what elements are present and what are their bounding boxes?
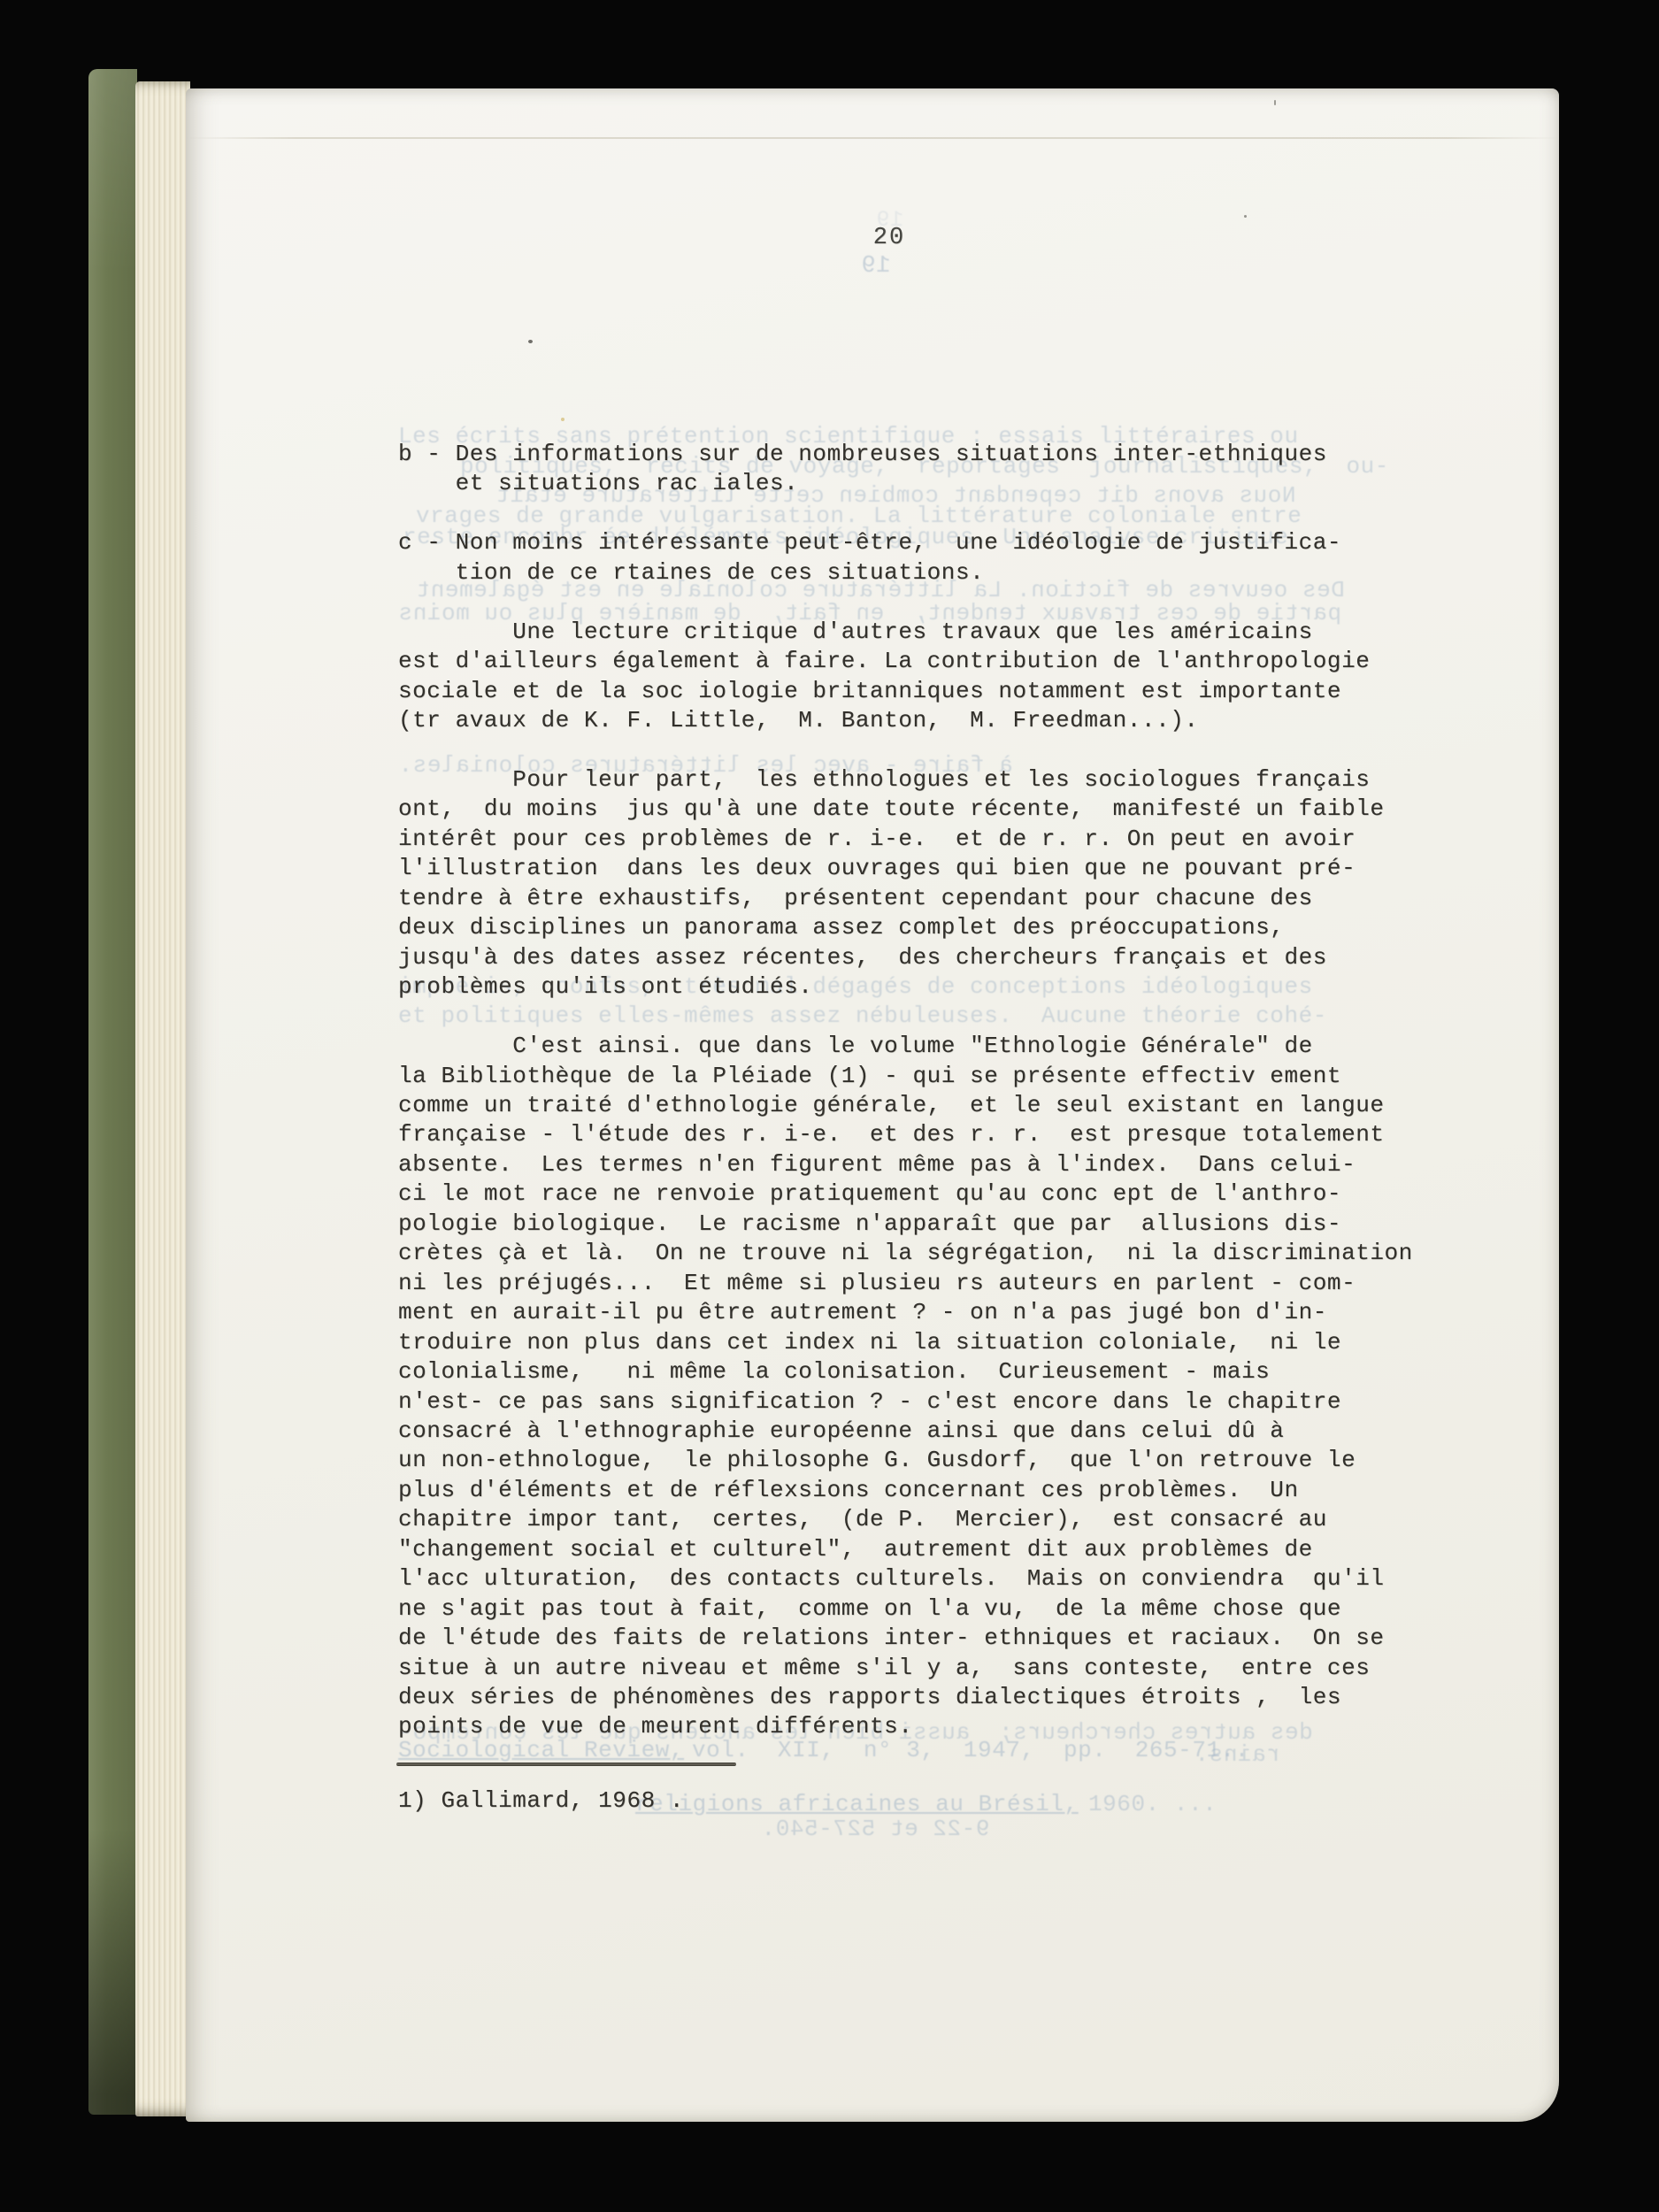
body-line: chapitre impor tant, certes, (de P. Merc… <box>398 1505 1413 1534</box>
body-line: tion de ce rtaines de ces situations. <box>398 558 1413 588</box>
body-line: ni les préjugés... Et même si plusieu rs… <box>398 1269 1413 1298</box>
body-line: Pour leur part, les ethnologues et les s… <box>398 765 1413 795</box>
body-line: c - Non moins intéressante peut-être, un… <box>398 528 1413 557</box>
body-line: ont, du moins jus qu'à une date toute ré… <box>398 795 1413 824</box>
body-line: intérêt pour ces problèmes de r. i-e. et… <box>398 825 1413 854</box>
body-line: (tr avaux de K. F. Little, M. Banton, M.… <box>398 706 1413 735</box>
footnote-rule <box>396 1763 736 1766</box>
underlying-page-edge-line <box>186 137 1559 139</box>
body-line: de l'étude des faits de relations inter-… <box>398 1624 1413 1653</box>
bleed-through-line: 1960. ... <box>1088 1791 1217 1817</box>
page-edge-stack <box>135 81 190 2116</box>
body-line: ment en aurait-il pu être autrement ? - … <box>398 1298 1413 1327</box>
body-line <box>398 1002 1413 1032</box>
body-line: comme un traité d'ethnologie générale, e… <box>398 1091 1413 1120</box>
footnote: 1) Gallimard, 1968 . <box>398 1787 684 1814</box>
body-line: "changement social et culturel", autreme… <box>398 1535 1413 1564</box>
body-line: C'est ainsi. que dans le volume "Ethnolo… <box>398 1032 1413 1061</box>
body-line: consacré à l'ethnographie européenne ain… <box>398 1417 1413 1446</box>
book-page: 20 1919Les écrits sans prétention scient… <box>186 88 1559 2122</box>
dust-speck <box>1274 100 1276 105</box>
dust-speck <box>1244 215 1247 218</box>
body-line: sociale et de la soc iologie britannique… <box>398 677 1413 706</box>
body-line: ci le mot race ne renvoie pratiquement q… <box>398 1179 1413 1209</box>
body-line: crètes çà et là. On ne trouve ni la ségr… <box>398 1239 1413 1268</box>
body-line: est d'ailleurs également à faire. La con… <box>398 647 1413 676</box>
bleed-through-line: 19 <box>876 207 903 233</box>
body-line: colonialisme, ni même la colonisation. C… <box>398 1357 1413 1386</box>
body-line: jusqu'à des dates assez récentes, des ch… <box>398 943 1413 972</box>
bleed-through-line: 19 <box>861 253 891 280</box>
bleed-through-line: 9-22 et 527-540. <box>761 1816 989 1842</box>
dust-speck <box>528 340 533 343</box>
body-line <box>398 736 1413 765</box>
body-line: troduire non plus dans cet index ni la s… <box>398 1328 1413 1357</box>
body-line: situe à un autre niveau et même s'il y a… <box>398 1654 1413 1683</box>
body-line: plus d'éléments et de réflexsions concer… <box>398 1476 1413 1505</box>
body-line: et situations rac iales. <box>398 469 1413 498</box>
body-line: pologie biologique. Le racisme n'apparaî… <box>398 1210 1413 1239</box>
body-line: deux disciplines un panorama assez compl… <box>398 913 1413 942</box>
dust-speck <box>561 418 565 421</box>
bleed-through-line: rains. <box>1194 1741 1280 1768</box>
body-line: points de vue de meurent différents. <box>398 1712 1413 1741</box>
body-line: b - Des informations sur de nombreuses s… <box>398 440 1413 469</box>
body-line <box>398 499 1413 528</box>
body-text: b - Des informations sur de nombreuses s… <box>398 440 1413 1742</box>
body-line: problèmes qu'ils ont étudiés. <box>398 972 1413 1002</box>
body-line: la Bibliothèque de la Pléiade (1) - qui … <box>398 1062 1413 1091</box>
body-line <box>398 588 1413 617</box>
book-scan: 20 1919Les écrits sans prétention scient… <box>0 0 1659 2212</box>
bleed-through-line: religions africaines au Brésil, <box>635 1791 1079 1817</box>
body-line: l'acc ulturation, des contacts culturels… <box>398 1564 1413 1594</box>
body-line: deux séries de phénomènes des rapports d… <box>398 1683 1413 1712</box>
body-line: tendre à être exhaustifs, présentent cep… <box>398 884 1413 913</box>
body-line: absente. Les termes n'en figurent même p… <box>398 1150 1413 1179</box>
body-line: Une lecture critique d'autres travaux qu… <box>398 618 1413 647</box>
body-line: un non-ethnologue, le philosophe G. Gusd… <box>398 1446 1413 1475</box>
book-cover-edge <box>88 69 137 2115</box>
body-line: ne s'agit pas tout à fait, comme on l'a … <box>398 1594 1413 1624</box>
body-line: l'illustration dans les deux ouvrages qu… <box>398 854 1413 883</box>
body-line: française - l'étude des r. i-e. et des r… <box>398 1120 1413 1149</box>
body-line: n'est- ce pas sans signification ? - c'e… <box>398 1387 1413 1417</box>
